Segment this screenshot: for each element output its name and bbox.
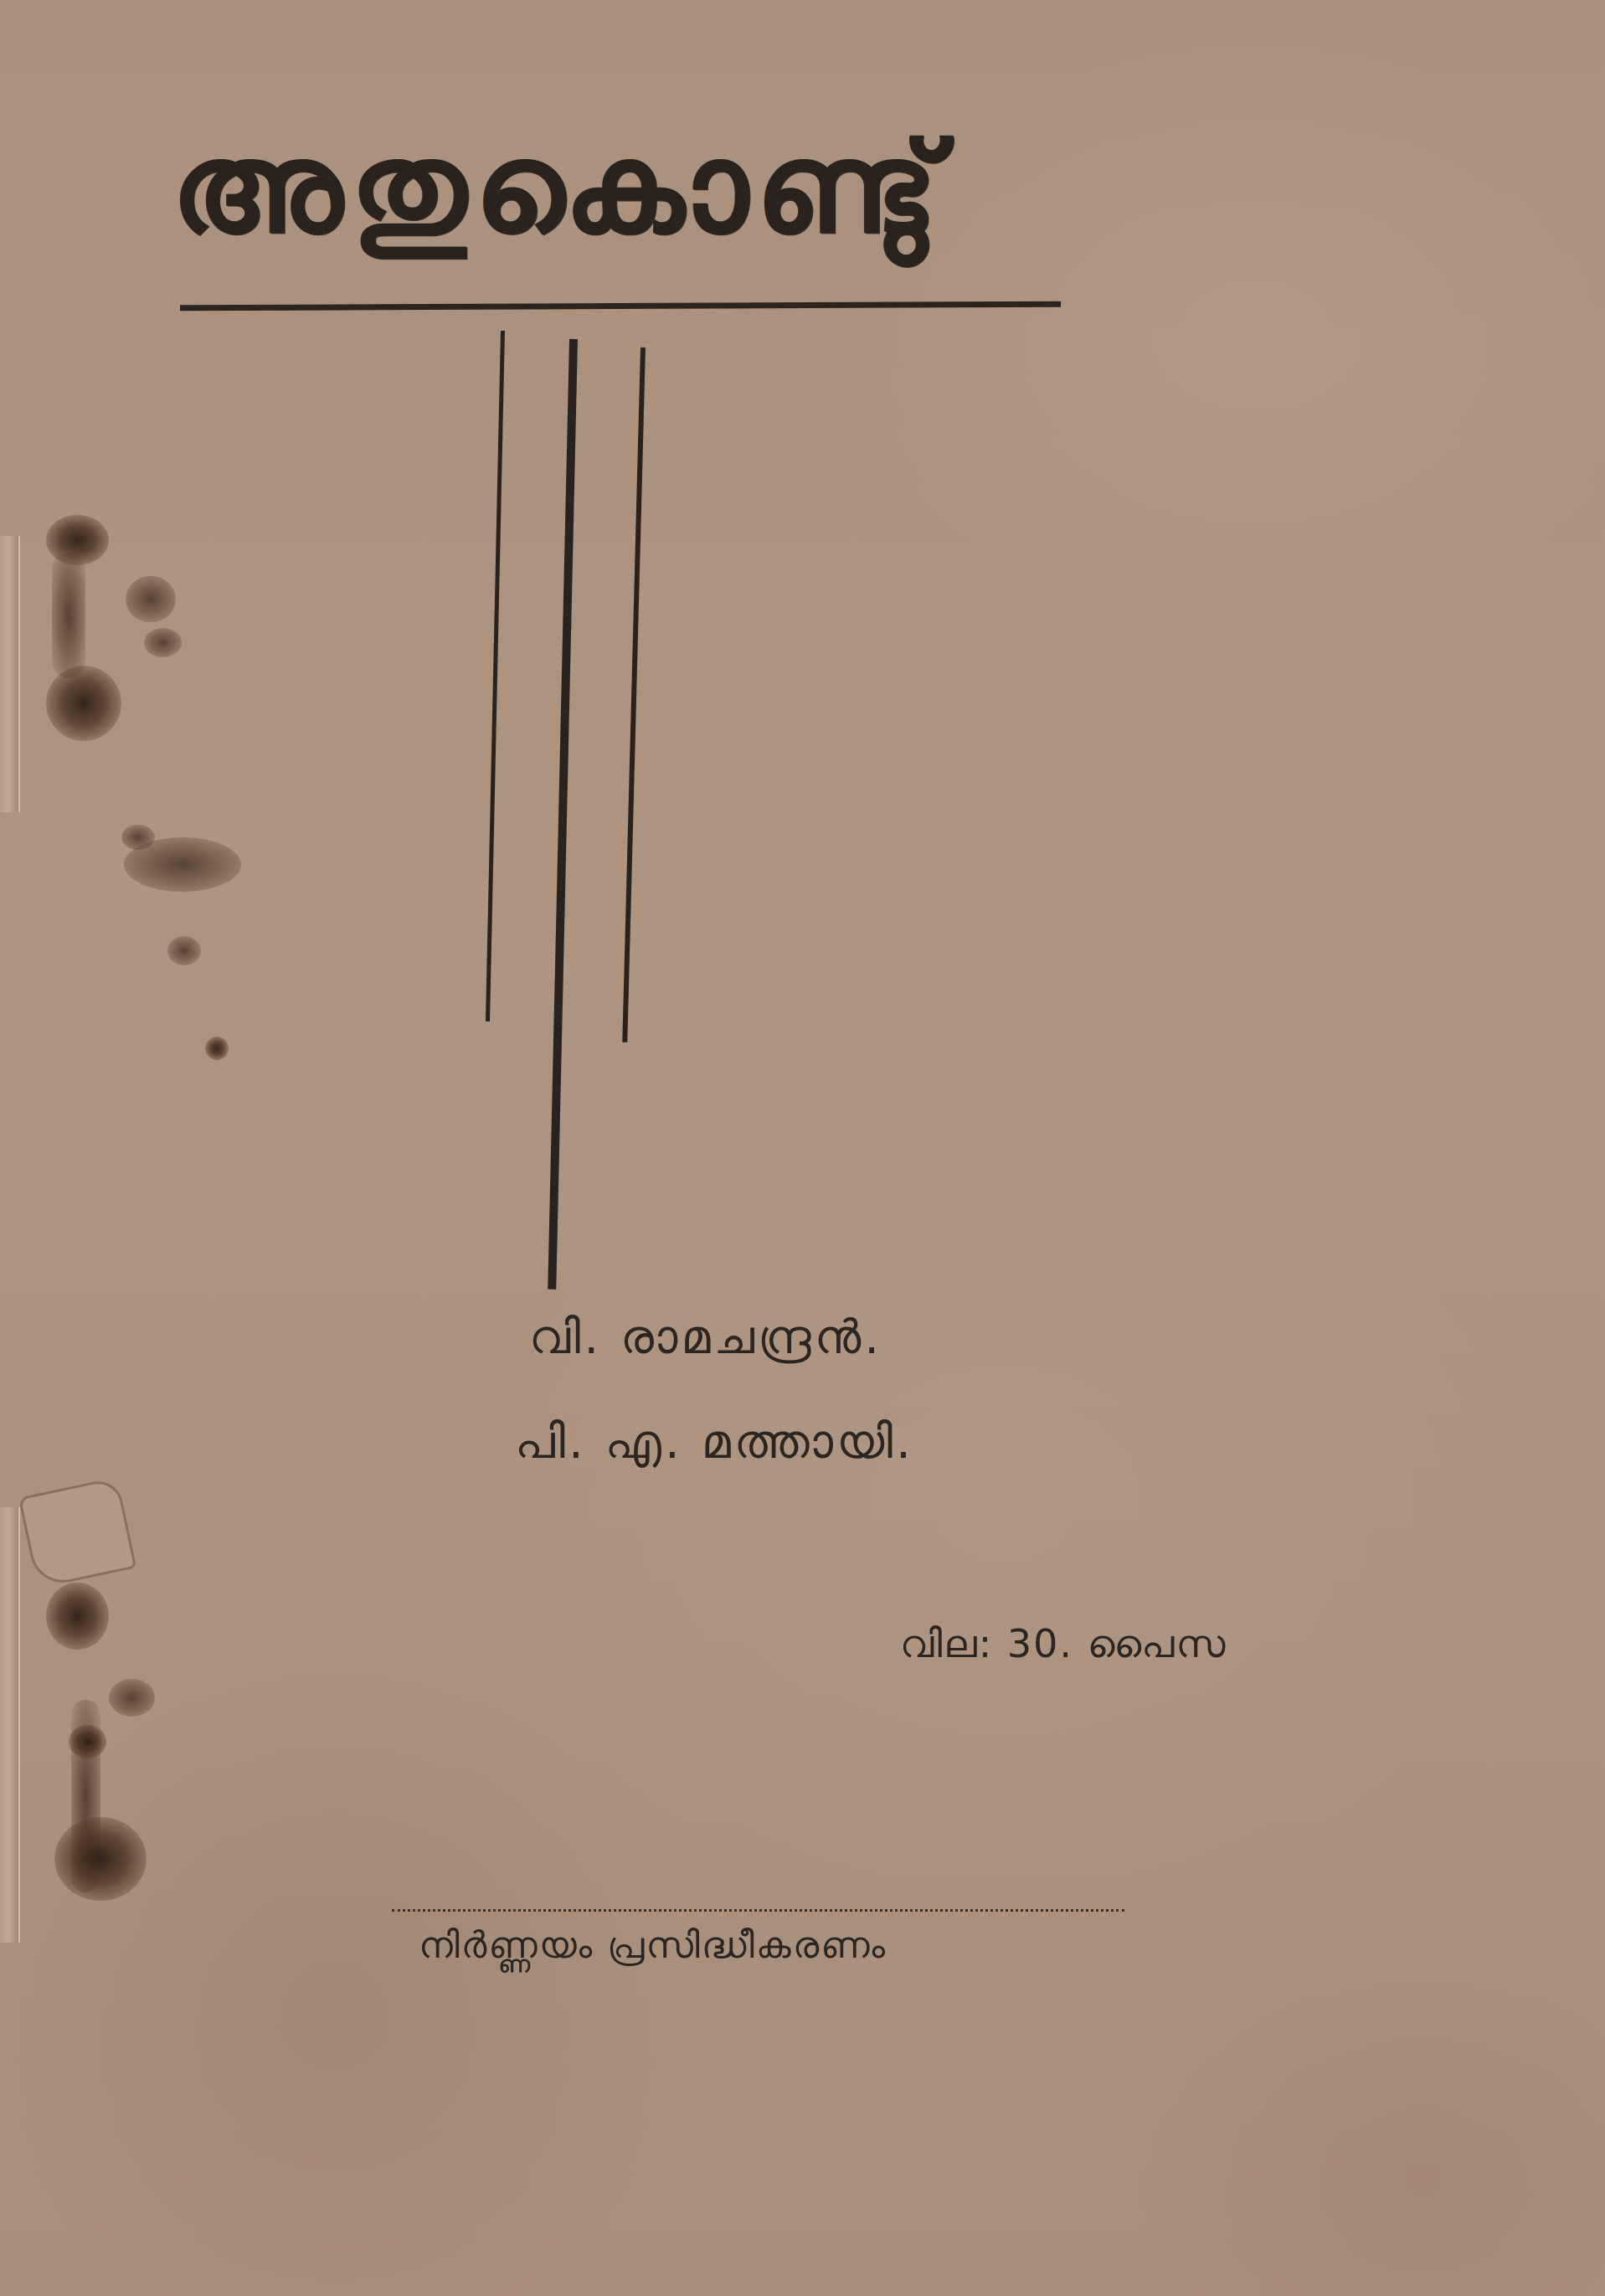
staple-stain <box>46 1583 109 1650</box>
staple-stain <box>69 1725 106 1758</box>
staple-stain <box>54 1817 147 1901</box>
publisher-name: നിർണ്ണയം പ്രസിദ്ധീകരണം <box>419 1926 887 1966</box>
ink-blot <box>167 936 201 965</box>
price-label: വില: 30. പൈസ <box>900 1624 1227 1663</box>
dotted-divider <box>392 1909 1124 1912</box>
book-title: അതുകൊണ്ടു് <box>172 126 946 251</box>
staple-stain <box>46 666 121 741</box>
binding-tape-upper <box>0 536 20 812</box>
ink-blot <box>144 628 182 657</box>
staple-rust-streak <box>52 553 85 678</box>
binding-tape-lower <box>0 1507 20 1943</box>
ink-blot <box>124 837 241 892</box>
ink-dot <box>205 1037 229 1060</box>
ink-blot <box>109 1679 155 1717</box>
ink-blot <box>126 576 176 622</box>
author-name: പി. എ. മത്തായി. <box>515 1419 914 1466</box>
author-name: വി. രാമചന്ദ്രൻ. <box>529 1315 882 1362</box>
